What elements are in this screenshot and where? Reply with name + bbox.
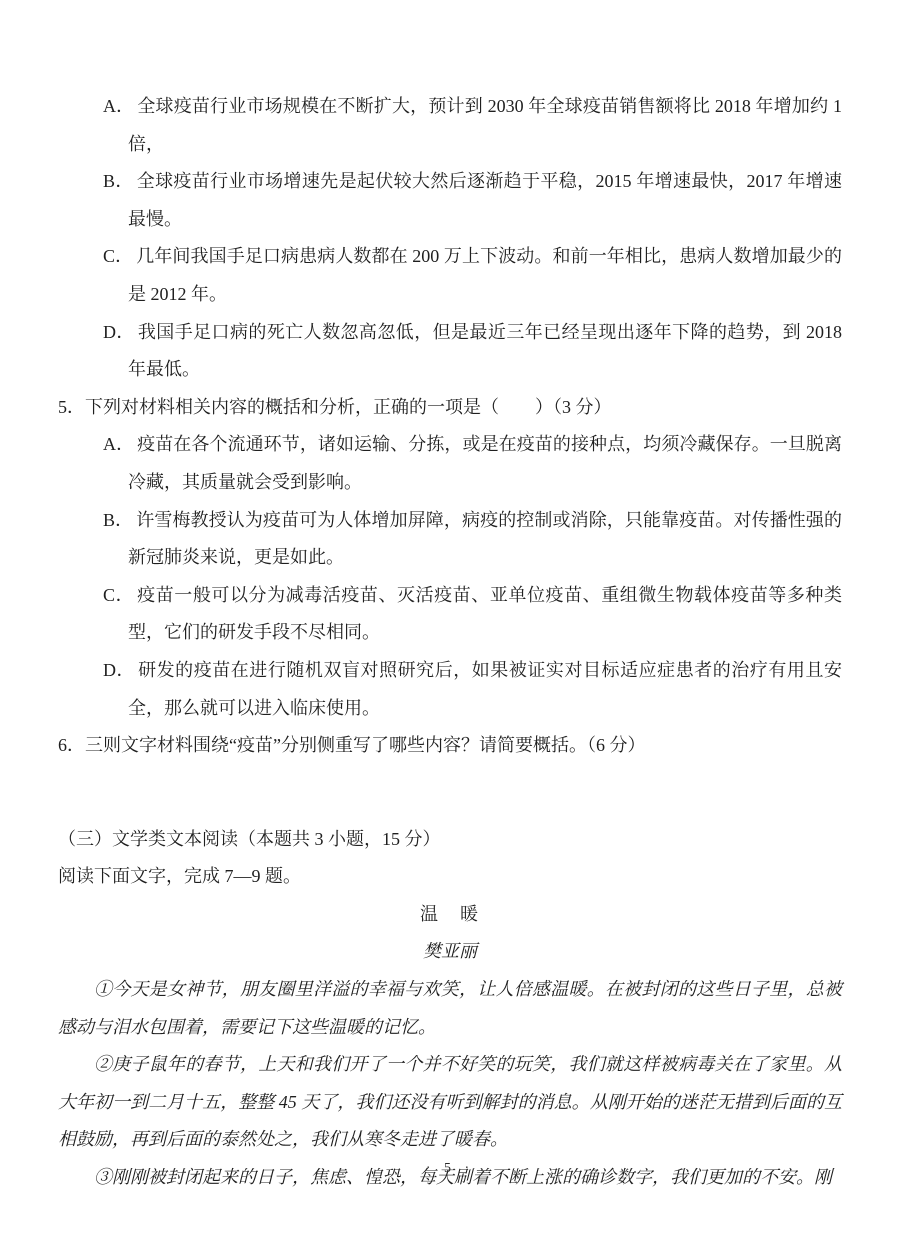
- question-5-option-d-label: D．: [103, 660, 135, 680]
- exam-paper-page: A．全球疫苗行业市场规模在不断扩大，预计到 2030 年全球疫苗销售额将比 20…: [0, 0, 900, 1246]
- option-c-label: C．: [103, 246, 133, 266]
- page-number: · 5 ·: [0, 1150, 900, 1188]
- question-5-option-a: A．疫苗在各个流通环节，诸如运输、分拣，或是在疫苗的接种点，均须冷藏保存。一旦脱…: [58, 426, 842, 501]
- option-d: D．我国手足口病的死亡人数忽高忽低，但是最近三年已经呈现出逐年下降的趋势，到 2…: [58, 314, 842, 389]
- question-6: 6．三则文字材料围绕“疫苗”分别侧重写了哪些内容？请简要概括。（6 分）: [58, 727, 842, 765]
- option-a-text: 全球疫苗行业市场规模在不断扩大，预计到 2030 年全球疫苗销售额将比 2018…: [128, 96, 842, 154]
- option-c-text: 几年间我国手足口病患病人数都在 200 万上下波动。和前一年相比，患病人数增加最…: [128, 246, 842, 304]
- passage-title: 温 暖: [58, 896, 842, 934]
- option-d-text: 我国手足口病的死亡人数忽高忽低，但是最近三年已经呈现出逐年下降的趋势，到 201…: [128, 322, 842, 380]
- section-3-instruction: 阅读下面文字，完成 7—9 题。: [58, 858, 842, 896]
- question-5-option-b: B．许雪梅教授认为疫苗可为人体增加屏障，病疫的控制或消除，只能靠疫苗。对传播性强…: [58, 502, 842, 577]
- question-5-option-b-label: B．: [103, 510, 133, 530]
- question-6-label: 6．: [58, 735, 85, 755]
- question-5-option-d: D．研发的疫苗在进行随机双盲对照研究后，如果被证实对目标适应症患者的治疗有用且安…: [58, 652, 842, 727]
- option-c: C．几年间我国手足口病患病人数都在 200 万上下波动。和前一年相比，患病人数增…: [58, 238, 842, 313]
- question-5-option-c: C．疫苗一般可以分为减毒活疫苗、灭活疫苗、亚单位疫苗、重组微生物载体疫苗等多种类…: [58, 577, 842, 652]
- question-5-text: 下列对材料相关内容的概括和分析，正确的一项是（ ）（3 分）: [85, 397, 612, 417]
- question-5-option-d-text: 研发的疫苗在进行随机双盲对照研究后，如果被证实对目标适应症患者的治疗有用且安全，…: [128, 660, 842, 718]
- passage-paragraph-2: ②庚子鼠年的春节，上天和我们开了一个并不好笑的玩笑，我们就这样被病毒关在了家里。…: [58, 1046, 842, 1159]
- option-b-text: 全球疫苗行业市场增速先是起伏较大然后逐渐趋于平稳，2015 年增速最快，2017…: [128, 171, 842, 229]
- option-a-label: A．: [103, 96, 134, 116]
- question-6-text: 三则文字材料围绕“疫苗”分别侧重写了哪些内容？请简要概括。（6 分）: [85, 735, 645, 755]
- option-b-label: B．: [103, 171, 134, 191]
- question-5-option-c-label: C．: [103, 585, 134, 605]
- question-5-label: 5．: [58, 397, 85, 417]
- section-3-heading: （三）文学类文本阅读（本题共 3 小题，15 分）: [58, 821, 842, 859]
- question-5-option-c-text: 疫苗一般可以分为减毒活疫苗、灭活疫苗、亚单位疫苗、重组微生物载体疫苗等多种类型，…: [128, 585, 842, 643]
- question-5-option-b-text: 许雪梅教授认为疫苗可为人体增加屏障，病疫的控制或消除，只能靠疫苗。对传播性强的新…: [128, 510, 842, 568]
- option-b: B．全球疫苗行业市场增速先是起伏较大然后逐渐趋于平稳，2015 年增速最快，20…: [58, 163, 842, 238]
- passage-author: 樊亚丽: [58, 933, 842, 971]
- question-5-option-a-text: 疫苗在各个流通环节，诸如运输、分拣，或是在疫苗的接种点，均须冷藏保存。一旦脱离冷…: [128, 434, 842, 492]
- page-content: A．全球疫苗行业市场规模在不断扩大，预计到 2030 年全球疫苗销售额将比 20…: [58, 88, 842, 1197]
- passage-paragraph-1: ①今天是女神节，朋友圈里洋溢的幸福与欢笑，让人倍感温暖。在被封闭的这些日子里，总…: [58, 971, 842, 1046]
- option-a: A．全球疫苗行业市场规模在不断扩大，预计到 2030 年全球疫苗销售额将比 20…: [58, 88, 842, 163]
- question-5-option-a-label: A．: [103, 434, 134, 454]
- question-5: 5．下列对材料相关内容的概括和分析，正确的一项是（ ）（3 分）: [58, 389, 842, 427]
- option-d-label: D．: [103, 322, 135, 342]
